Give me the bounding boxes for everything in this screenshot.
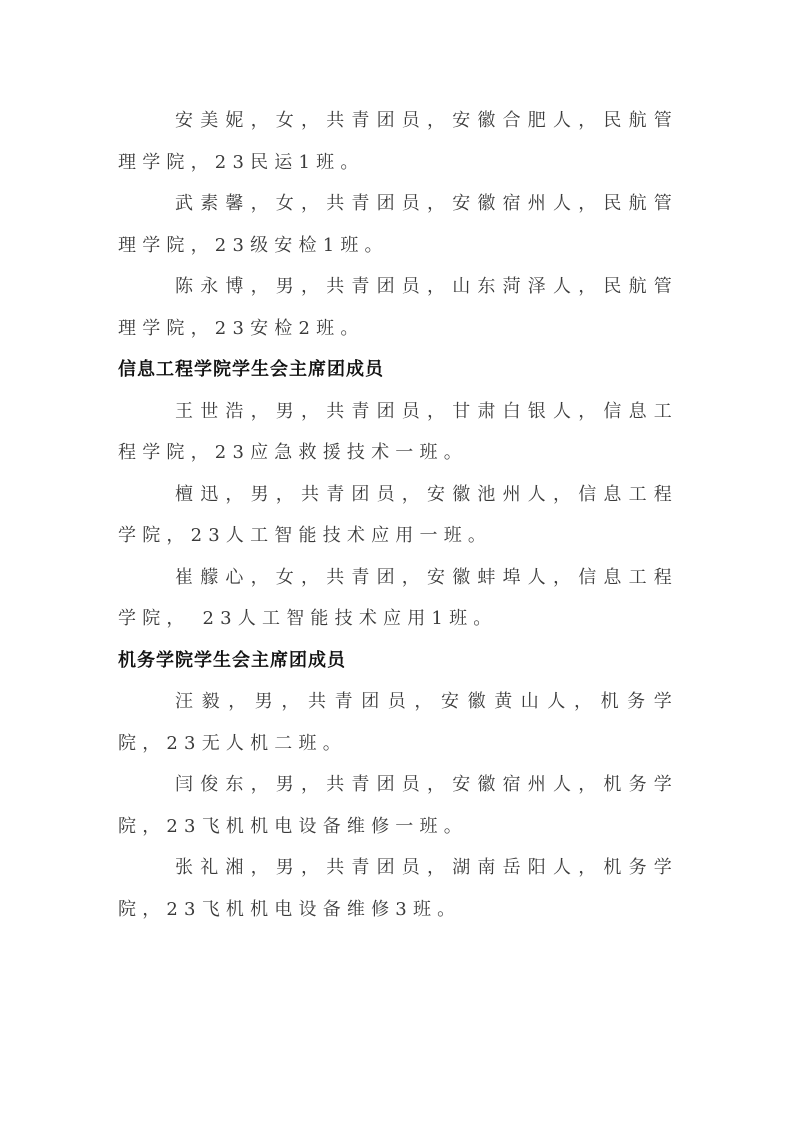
document-page: 安美妮，女，共青团员，安徽合肥人，民航管理学院，23民运1班。 武素馨，女，共青… (118, 100, 678, 930)
section-heading-info-engineering: 信息工程学院学生会主席团成员 (118, 349, 678, 391)
member-paragraph-wang-shihao: 王世浩，男，共青团员，甘肃白银人，信息工程学院，23应急救援技术一班。 (118, 391, 678, 474)
member-paragraph-cui-mengxin: 崔艨心，女，共青团，安徽蚌埠人，信息工程学院， 23人工智能技术应用1班。 (118, 557, 678, 640)
member-paragraph-an-meini: 安美妮，女，共青团员，安徽合肥人，民航管理学院，23民运1班。 (118, 100, 678, 183)
member-paragraph-wang-yi: 汪毅，男，共青团员，安徽黄山人，机务学院，23无人机二班。 (118, 681, 678, 764)
section-heading-maintenance: 机务学院学生会主席团成员 (118, 640, 678, 682)
member-paragraph-tan-xun: 檀迅，男，共青团员，安徽池州人，信息工程学院，23人工智能技术应用一班。 (118, 474, 678, 557)
member-paragraph-chen-yongbo: 陈永博，男，共青团员，山东菏泽人，民航管理学院，23安检2班。 (118, 266, 678, 349)
member-paragraph-wu-suxin: 武素馨，女，共青团员，安徽宿州人，民航管理学院，23级安检1班。 (118, 183, 678, 266)
member-paragraph-zhang-lixiang: 张礼湘，男，共青团员，湖南岳阳人，机务学院，23飞机机电设备维修3班。 (118, 847, 678, 930)
member-paragraph-yan-jundong: 闫俊东，男，共青团员，安徽宿州人，机务学院，23飞机机电设备维修一班。 (118, 764, 678, 847)
